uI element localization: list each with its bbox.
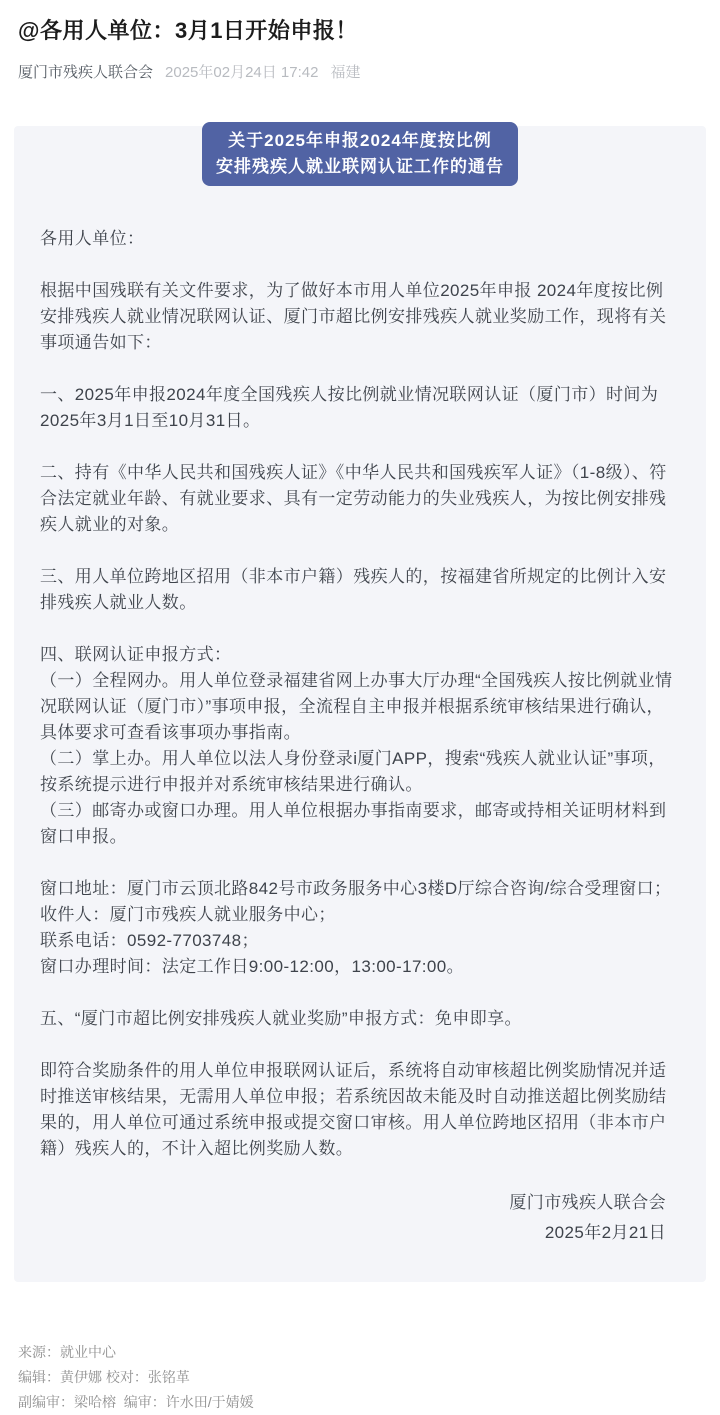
notice-paragraph: （三）邮寄办或窗口办理。用人单位根据办事指南要求，邮寄或持相关证明材料到窗口申报… bbox=[40, 798, 680, 850]
notice-block: 四、联网认证申报方式：（一）全程网办。用人单位登录福建省网上办事大厅办理“全国残… bbox=[40, 642, 680, 850]
notice-block: 即符合奖励条件的用人单位申报联网认证后，系统将自动审核超比例奖励情况并适时推送审… bbox=[40, 1058, 680, 1162]
article-title: @各用人单位：3月1日开始申报！ bbox=[18, 16, 702, 46]
notice-paragraph: 窗口办理时间：法定工作日9:00-12:00，13:00-17:00。 bbox=[40, 954, 680, 980]
notice-block: 窗口地址：厦门市云顶北路842号市政务服务中心3楼D厅综合咨询/综合受理窗口；收… bbox=[40, 876, 680, 980]
notice-paragraph: 收件人：厦门市残疾人就业服务中心； bbox=[40, 902, 680, 928]
notice-paragraph: 四、联网认证申报方式： bbox=[40, 642, 680, 668]
byline: 厦门市残疾人联合会 2025年02月24日 17:42 福建 bbox=[18, 61, 702, 82]
footer-source: 来源：就业中心 bbox=[18, 1340, 702, 1365]
notice-panel: 关于2025年申报2024年度按比例 安排残疾人就业联网认证工作的通告 各用人单… bbox=[14, 126, 706, 1282]
article-footer: 来源：就业中心 编辑：黄伊娜 校对：张铭革 副编审：梁哈榕 编审：许水田/于婧媛 bbox=[18, 1340, 702, 1415]
notice-paragraph: 各用人单位： bbox=[40, 226, 680, 252]
footer-editor: 编辑：黄伊娜 校对：张铭革 bbox=[18, 1365, 702, 1390]
publish-location: 福建 bbox=[330, 61, 360, 82]
notice-paragraph: 根据中国残联有关文件要求，为了做好本市用人单位2025年申报 2024年度按比例… bbox=[40, 278, 680, 356]
notice-paragraph: 一、2025年申报2024年度全国残疾人按比例就业情况联网认证（厦门市）时间为2… bbox=[40, 382, 680, 434]
notice-body: 各用人单位：根据中国残联有关文件要求，为了做好本市用人单位2025年申报 202… bbox=[40, 226, 680, 1162]
notice-block: 一、2025年申报2024年度全国残疾人按比例就业情况联网认证（厦门市）时间为2… bbox=[40, 382, 680, 434]
signature-date: 2025年2月21日 bbox=[40, 1218, 666, 1248]
notice-block: 根据中国残联有关文件要求，为了做好本市用人单位2025年申报 2024年度按比例… bbox=[40, 278, 680, 356]
notice-paragraph: 即符合奖励条件的用人单位申报联网认证后，系统将自动审核超比例奖励情况并适时推送审… bbox=[40, 1058, 680, 1162]
notice-paragraph: （一）全程网办。用人单位登录福建省网上办事大厅办理“全国残疾人按比例就业情况联网… bbox=[40, 668, 680, 746]
notice-paragraph: （二）掌上办。用人单位以法人身份登录i厦门APP，搜索“残疾人就业认证”事项，按… bbox=[40, 746, 680, 798]
article-header: @各用人单位：3月1日开始申报！ 厦门市残疾人联合会 2025年02月24日 1… bbox=[0, 0, 720, 82]
notice-paragraph: 五、“厦门市超比例安排残疾人就业奖励”申报方式：免申即享。 bbox=[40, 1006, 680, 1032]
footer-reviewer: 副编审：梁哈榕 编审：许水田/于婧媛 bbox=[18, 1390, 702, 1415]
publish-date: 2025年02月24日 17:42 bbox=[165, 61, 318, 82]
notice-paragraph: 窗口地址：厦门市云顶北路842号市政务服务中心3楼D厅综合咨询/综合受理窗口； bbox=[40, 876, 680, 902]
notice-block: 三、用人单位跨地区招用（非本市户籍）残疾人的，按福建省所规定的比例计入安排残疾人… bbox=[40, 564, 680, 616]
notice-paragraph: 二、持有《中华人民共和国残疾人证》《中华人民共和国残疾军人证》（1-8级）、符合… bbox=[40, 460, 680, 538]
ribbon-line-1: 关于2025年申报2024年度按比例 bbox=[216, 128, 504, 154]
notice-block: 五、“厦门市超比例安排残疾人就业奖励”申报方式：免申即享。 bbox=[40, 1006, 680, 1032]
notice-paragraph: 联系电话：0592-7703748； bbox=[40, 928, 680, 954]
signature-block: 厦门市残疾人联合会 2025年2月21日 bbox=[40, 1188, 680, 1248]
notice-title-ribbon: 关于2025年申报2024年度按比例 安排残疾人就业联网认证工作的通告 bbox=[202, 122, 518, 186]
ribbon-line-2: 安排残疾人就业联网认证工作的通告 bbox=[216, 154, 504, 180]
notice-block: 各用人单位： bbox=[40, 226, 680, 252]
notice-block: 二、持有《中华人民共和国残疾人证》《中华人民共和国残疾军人证》（1-8级）、符合… bbox=[40, 460, 680, 538]
notice-paragraph: 三、用人单位跨地区招用（非本市户籍）残疾人的，按福建省所规定的比例计入安排残疾人… bbox=[40, 564, 680, 616]
signature-org: 厦门市残疾人联合会 bbox=[40, 1188, 666, 1218]
account-name-link[interactable]: 厦门市残疾人联合会 bbox=[18, 61, 153, 82]
